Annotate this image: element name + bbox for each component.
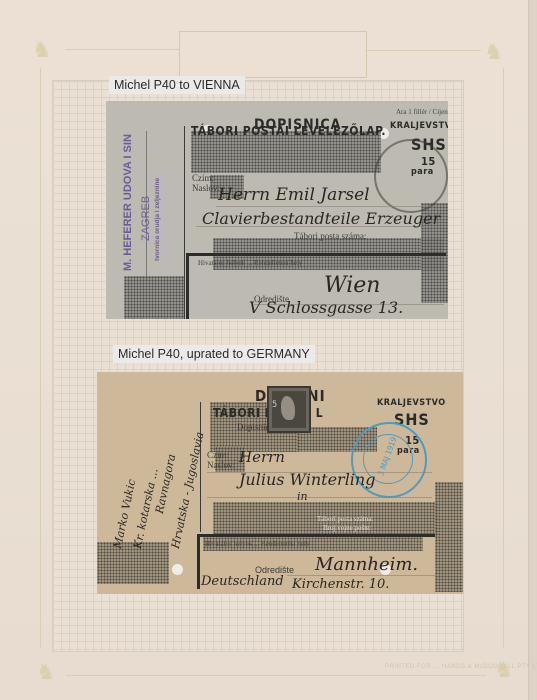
- album-page: ♞ ♞ ♞ ♞ PRINTED FOR ... HANDS & McDOUGAL…: [0, 0, 537, 700]
- address-line2: Julius Winterling: [239, 470, 375, 489]
- address-line1: Herrn: [239, 448, 285, 466]
- address-rule: [207, 497, 432, 498]
- lion-ornament-icon: ♞: [32, 38, 52, 63]
- page-edge: [528, 0, 537, 700]
- lion-ornament-icon: ♞: [494, 658, 514, 683]
- sender-stamp-line1: M. HEFERER UDOVA I SIN: [122, 134, 134, 271]
- field-tabori: Tábori posta száma:: [317, 515, 373, 523]
- address-city: Wien: [324, 273, 380, 298]
- halftone-block: [97, 542, 169, 584]
- address-rule: [287, 575, 437, 576]
- field-rendeltetes: Hivatalos helyek ... Rendeltetési hely: [198, 259, 302, 267]
- field-tabori2: Broj vojne pošte:: [323, 524, 371, 532]
- field-tabori: Tábori posta száma:: [294, 231, 366, 241]
- heavy-rule: [197, 534, 435, 537]
- address-street: V Schlossgasse 13.: [249, 298, 403, 317]
- postcard-vienna[interactable]: DOPISNICA TÁBORI POSTAI LEVELEZŐLAP. Ara…: [106, 101, 448, 319]
- card-subtitle: TÁBORI POSTAI LEVELEZŐLAP.: [191, 124, 386, 138]
- address-country: Deutschland: [201, 574, 284, 589]
- lion-ornament-icon: ♞: [36, 660, 56, 685]
- field-cim: Czím:: [207, 450, 229, 460]
- field-rendeltetes: Hivatalos helyek ... Rendeltetési hely: [205, 540, 309, 548]
- sender-stamp-line2: ZAGREB: [140, 196, 152, 241]
- stamp-value: 5: [272, 400, 277, 410]
- address-line2: Clavierbestandteile Erzeuger: [202, 209, 440, 228]
- divider-line: [184, 126, 185, 319]
- address-line3: in: [297, 490, 308, 503]
- postmark: [374, 139, 448, 213]
- item-label-vienna: Michel P40 to VIENNA: [109, 76, 245, 94]
- frame-top-right: [366, 50, 481, 51]
- item-label-germany: Michel P40, uprated to GERMANY: [113, 345, 315, 363]
- title-box: [179, 31, 367, 78]
- address-city: Mannheim.: [315, 554, 418, 575]
- frame-right: [503, 68, 504, 648]
- field-naslov: Naslov:: [207, 460, 235, 470]
- field-cim: Czím:: [192, 173, 214, 183]
- address-rule: [216, 206, 436, 207]
- punch-hole: [172, 564, 183, 575]
- heavy-rule: [197, 534, 200, 589]
- frame-bottom: [66, 675, 486, 676]
- address-street: Kirchenstr. 10.: [292, 577, 389, 592]
- address-line1: Herrn Emil Jarsel: [218, 185, 370, 205]
- adhesive-stamp: 5: [267, 386, 311, 433]
- postcard-germany[interactable]: DOPISNI TÁBORI POSTAI L Dopisnica za ...…: [97, 372, 463, 594]
- halftone-block: [124, 276, 184, 319]
- country-line1: KRALJEVSTVO: [390, 121, 448, 131]
- field-naslov: Naslov:: [192, 183, 220, 193]
- frame-top-left: [65, 49, 180, 50]
- halftone-block: [435, 482, 463, 592]
- heavy-rule: [186, 253, 446, 256]
- country-line1: KRALJEVSTVO: [377, 398, 446, 408]
- frame-left: [40, 68, 41, 648]
- lion-ornament-icon: ♞: [484, 40, 504, 65]
- price-note: Ara 1 fillér / Cijena 1 filir: [396, 108, 448, 116]
- imprint: PRINTED FOR ... HANDS & McDOUGALL PTY LT…: [385, 664, 537, 670]
- heavy-rule: [186, 253, 189, 319]
- sender-stamp-line3: tvornica orudja i zeljeznine: [154, 178, 161, 261]
- divider-line: [200, 402, 201, 532]
